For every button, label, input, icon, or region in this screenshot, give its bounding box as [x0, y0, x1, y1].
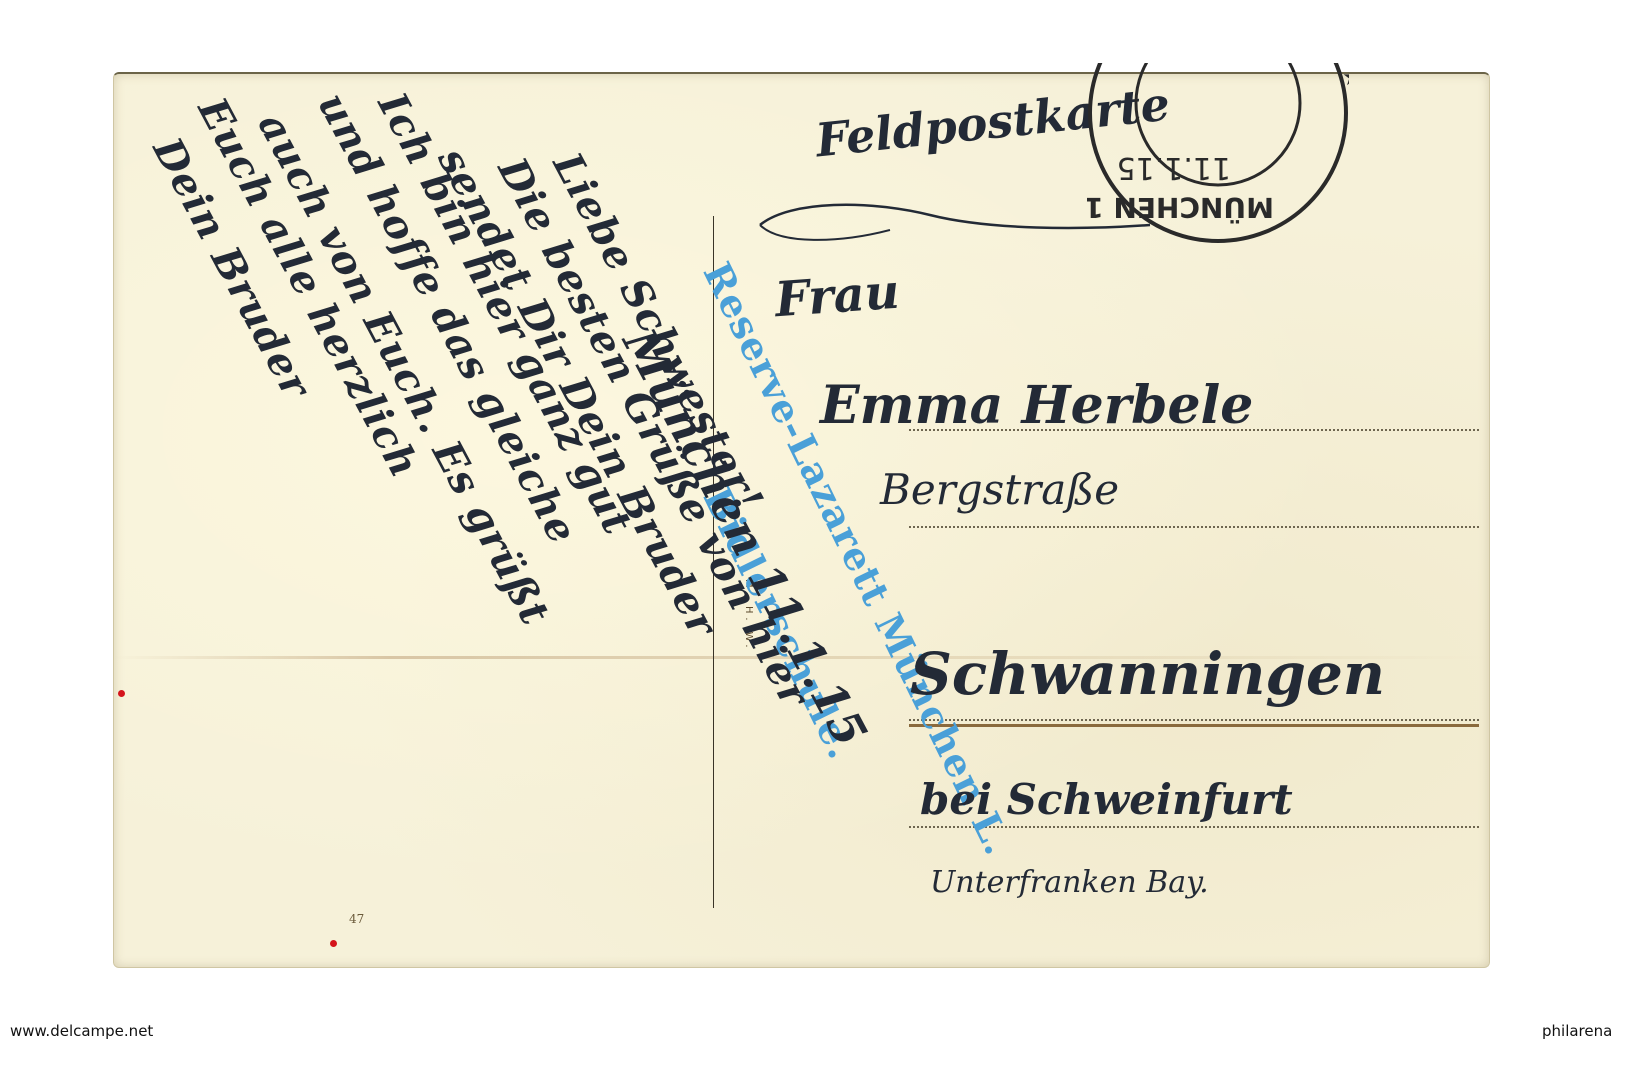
address-name: Emma Herbele [820, 375, 1253, 436]
corner-number: 47 [349, 912, 364, 926]
address-line-3 [909, 719, 1479, 721]
address-line-2 [909, 526, 1479, 528]
watermark-left: www.delcampe.net [10, 1022, 153, 1040]
address-street: Bergstraße [880, 465, 1119, 514]
address-district: bei Schweinfurt [920, 775, 1293, 824]
svg-text:★: ★ [1342, 63, 1349, 91]
postmark-icon: ★ 11.1.15 MÜNCHEN 1. [1087, 63, 1349, 243]
address-underline [909, 724, 1479, 727]
red-mark [330, 940, 337, 947]
address-town: Schwanningen [910, 640, 1385, 708]
postmark-date: 11.1.15 [1116, 150, 1231, 185]
address-region: Unterfranken Bay. [930, 865, 1209, 900]
watermark-right: philarena [1542, 1022, 1612, 1040]
red-mark [118, 690, 125, 697]
address-salutation: Frau [773, 264, 901, 329]
postmark-city: MÜNCHEN 1. [1087, 191, 1274, 225]
